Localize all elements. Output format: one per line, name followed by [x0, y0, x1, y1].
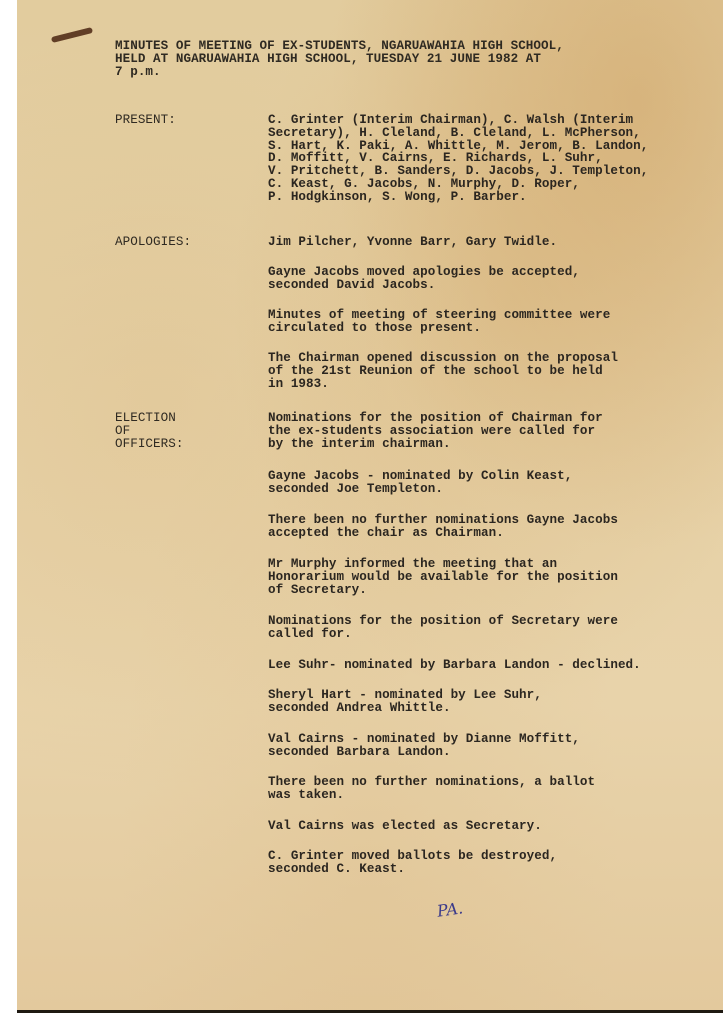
handwritten-initials: PA.	[436, 898, 464, 920]
honorarium-para: Mr Murphy informed the meeting that an H…	[268, 558, 723, 596]
ballot-para: There been no further nominations, a bal…	[268, 776, 723, 802]
suhr-nomination-para: Lee Suhr- nominated by Barbara Landon - …	[268, 659, 723, 672]
election-label: ELECTION OF OFFICERS:	[115, 412, 183, 450]
secretary-elected-para: Val Cairns was elected as Secretary.	[268, 820, 723, 833]
hart-nomination-para: Sheryl Hart - nominated by Lee Suhr, sec…	[268, 689, 723, 715]
document-title: MINUTES OF MEETING OF EX-STUDENTS, NGARU…	[115, 40, 715, 78]
chairman-nominations-para: Nominations for the position of Chairman…	[268, 412, 723, 450]
chairman-nominee-para: Gayne Jacobs - nominated by Colin Keast,…	[268, 470, 723, 496]
reunion-discussion-para: The Chairman opened discussion on the pr…	[268, 352, 723, 390]
present-list: C. Grinter (Interim Chairman), C. Walsh …	[268, 114, 723, 204]
present-label: PRESENT:	[115, 114, 176, 127]
steering-minutes-para: Minutes of meeting of steering committee…	[268, 309, 723, 335]
ballots-destroyed-para: C. Grinter moved ballots be destroyed, s…	[268, 850, 723, 876]
chairman-accepted-para: There been no further nominations Gayne …	[268, 514, 723, 540]
apologies-label: APOLOGIES:	[115, 236, 191, 249]
secretary-nominations-para: Nominations for the position of Secretar…	[268, 615, 723, 641]
apologies-motion: Gayne Jacobs moved apologies be accepted…	[268, 266, 723, 292]
document-page: MINUTES OF MEETING OF EX-STUDENTS, NGARU…	[17, 0, 723, 1010]
ink-smudge	[51, 27, 93, 43]
cairns-nomination-para: Val Cairns - nominated by Dianne Moffitt…	[268, 733, 723, 759]
apologies-names: Jim Pilcher, Yvonne Barr, Gary Twidle.	[268, 236, 723, 249]
